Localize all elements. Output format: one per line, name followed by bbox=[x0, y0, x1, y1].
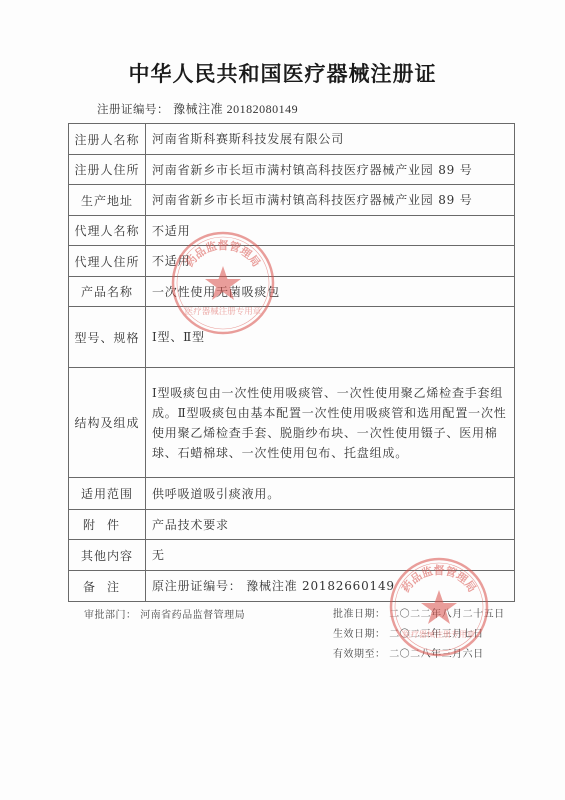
row-label: 结构及组成 bbox=[69, 368, 146, 478]
approval-dept-value: 河南省药品监督管理局 bbox=[140, 610, 245, 621]
valid-until-value: 二〇二八年三月六日 bbox=[389, 649, 484, 660]
approval-date-label: 批准日期： bbox=[333, 609, 386, 620]
row-value: Ⅰ型、Ⅱ型 bbox=[146, 307, 515, 368]
document-title: 中华人民共和国医疗器械注册证 bbox=[0, 58, 565, 88]
row-value: 河南省斯科赛斯科技发展有限公司 bbox=[146, 124, 515, 155]
table-row-registrant-name: 注册人名称 河南省斯科赛斯科技发展有限公司 bbox=[69, 124, 515, 155]
row-value: 不适用 bbox=[146, 216, 515, 246]
table-row-structure: 结构及组成 Ⅰ型吸痰包由一次性使用吸痰管、一次性使用聚乙烯检查手套组成。Ⅱ型吸痰… bbox=[69, 368, 515, 478]
table-row-model-spec: 型号、规格 Ⅰ型、Ⅱ型 bbox=[69, 307, 515, 368]
certificate-page: 中华人民共和国医疗器械注册证 注册证编号： 豫械注准 20182080149 注… bbox=[0, 0, 565, 800]
row-label: 备注 bbox=[69, 571, 146, 602]
row-label: 适用范围 bbox=[69, 478, 146, 510]
approval-date: 批准日期： 二〇二二年八月二十五日 bbox=[333, 605, 505, 625]
row-value: 河南省新乡市长垣市满村镇高科技医疗器械产业园 89 号 bbox=[146, 155, 515, 185]
row-value: 不适用 bbox=[146, 246, 515, 277]
table-row-other: 其他内容 无 bbox=[69, 540, 515, 571]
effective-date-value: 二〇二三年三月七日 bbox=[389, 629, 484, 640]
certificate-table: 注册人名称 河南省斯科赛斯科技发展有限公司 注册人住所 河南省新乡市长垣市满村镇… bbox=[68, 123, 515, 602]
row-value: 河南省新乡市长垣市满村镇高科技医疗器械产业园 89 号 bbox=[146, 185, 515, 216]
row-label: 产品名称 bbox=[69, 277, 146, 307]
valid-until: 有效期至： 二〇二八年三月六日 bbox=[333, 645, 505, 665]
registration-number: 豫械注准 20182080149 bbox=[173, 102, 298, 116]
valid-until-label: 有效期至： bbox=[333, 649, 386, 660]
date-block: 批准日期： 二〇二二年八月二十五日 生效日期： 二〇二三年三月七日 有效期至： … bbox=[333, 605, 505, 665]
row-label: 型号、规格 bbox=[69, 307, 146, 368]
row-value: 一次性使用无菌吸痰包 bbox=[146, 277, 515, 307]
table-row-agent-name: 代理人名称 不适用 bbox=[69, 216, 515, 246]
row-value: 供呼吸道吸引痰液用。 bbox=[146, 478, 515, 510]
table-row-remarks: 备注 原注册证编号： 豫械注准 20182660149 bbox=[69, 571, 515, 602]
row-label: 附件 bbox=[69, 510, 146, 540]
approval-date-value: 二〇二二年八月二十五日 bbox=[389, 609, 505, 620]
registration-number-line: 注册证编号： 豫械注准 20182080149 bbox=[97, 100, 298, 117]
approval-department: 审批部门： 河南省药品监督管理局 bbox=[84, 606, 245, 621]
row-label: 生产地址 bbox=[69, 185, 146, 216]
registration-number-label: 注册证编号： bbox=[97, 102, 169, 116]
table-row-scope: 适用范围 供呼吸道吸引痰液用。 bbox=[69, 478, 515, 510]
approval-dept-label: 审批部门： bbox=[84, 610, 137, 621]
row-value: 产品技术要求 bbox=[146, 510, 515, 540]
table-row-agent-address: 代理人住所 不适用 bbox=[69, 246, 515, 277]
table-row-registrant-address: 注册人住所 河南省新乡市长垣市满村镇高科技医疗器械产业园 89 号 bbox=[69, 155, 515, 185]
table-row-product-name: 产品名称 一次性使用无菌吸痰包 bbox=[69, 277, 515, 307]
row-value: Ⅰ型吸痰包由一次性使用吸痰管、一次性使用聚乙烯检查手套组成。Ⅱ型吸痰包由基本配置… bbox=[146, 368, 515, 478]
table-row-attachment: 附件 产品技术要求 bbox=[69, 510, 515, 540]
row-label: 代理人住所 bbox=[69, 246, 146, 277]
effective-date-label: 生效日期： bbox=[333, 629, 386, 640]
effective-date: 生效日期： 二〇二三年三月七日 bbox=[333, 625, 505, 645]
row-value: 原注册证编号： 豫械注准 20182660149 bbox=[146, 571, 515, 602]
row-value: 无 bbox=[146, 540, 515, 571]
row-label: 注册人名称 bbox=[69, 124, 146, 155]
row-label: 其他内容 bbox=[69, 540, 146, 571]
row-label: 代理人名称 bbox=[69, 216, 146, 246]
row-label: 注册人住所 bbox=[69, 155, 146, 185]
table-row-production-address: 生产地址 河南省新乡市长垣市满村镇高科技医疗器械产业园 89 号 bbox=[69, 185, 515, 216]
